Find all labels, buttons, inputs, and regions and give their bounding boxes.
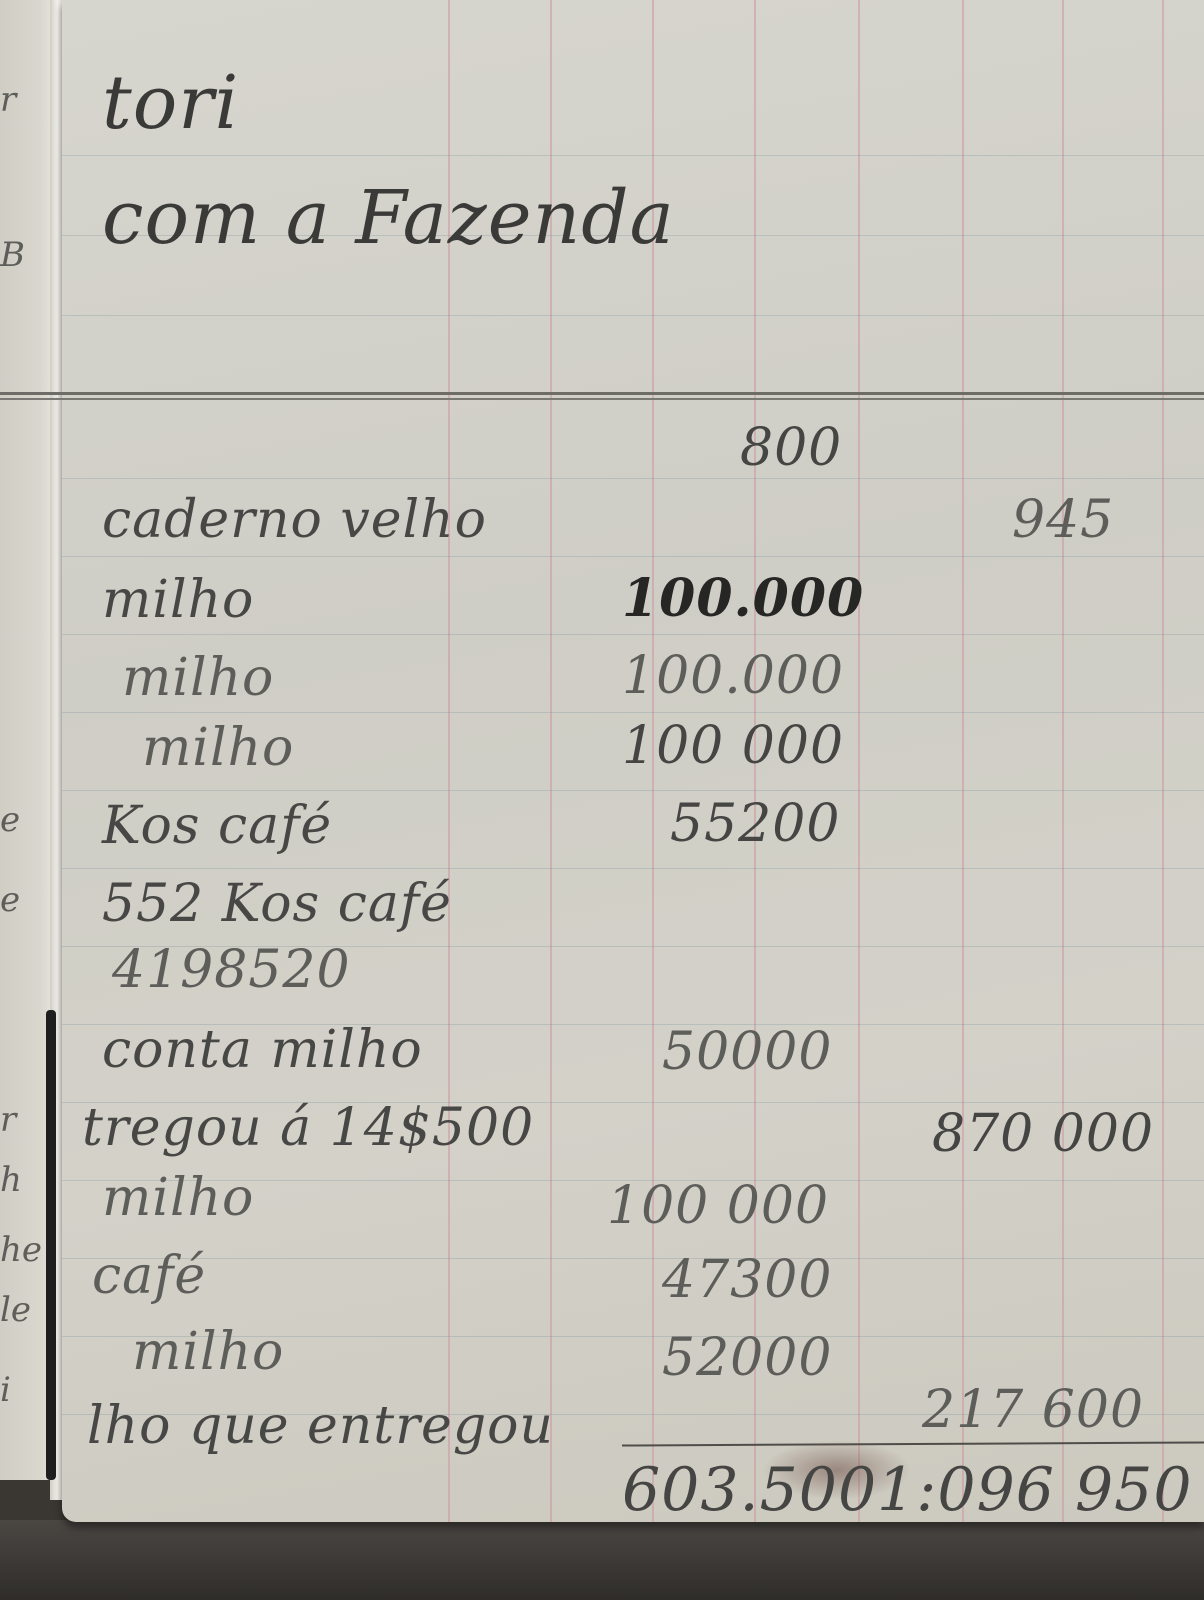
entry-label: milho — [132, 1322, 284, 1382]
previous-page-fragment: e — [0, 800, 20, 840]
entry-label: milho — [122, 648, 274, 708]
entry-total: 945 — [1012, 490, 1114, 550]
ruling-horizontal — [62, 315, 1204, 316]
entry-amount: 100.000 — [622, 568, 864, 629]
entry-label: café — [92, 1246, 206, 1306]
entry-label: lho que entregou — [87, 1396, 554, 1456]
entry-label: Kos café — [102, 796, 332, 856]
ruling-vertical — [1162, 0, 1164, 1522]
ledger-page: tori com a Fazenda 800 caderno velho 945… — [62, 0, 1204, 1522]
total-amount-column: 603.500 — [622, 1455, 877, 1525]
ruling-horizontal — [62, 1258, 1204, 1259]
entry-amount: 800 — [740, 418, 842, 478]
entry-label: milho — [142, 718, 294, 778]
entry-amount: 47300 — [662, 1250, 832, 1310]
previous-page-fragment: r — [0, 80, 16, 120]
entry-label: 552 Kos café — [102, 874, 452, 934]
previous-page-fragment: he — [0, 1230, 42, 1270]
entry-amount: 50000 — [662, 1022, 832, 1082]
entry-label: caderno velho — [102, 490, 487, 550]
ruling-horizontal — [62, 478, 1204, 479]
header-double-rule — [0, 392, 1204, 400]
entry-label: conta milho — [102, 1020, 423, 1080]
entry-amount: 100 000 — [622, 716, 844, 776]
header-line-2: com a Fazenda — [102, 175, 675, 261]
entry-total: 870 000 — [932, 1104, 1154, 1164]
background-surface — [0, 1520, 1204, 1600]
previous-page-fragment: i — [0, 1370, 11, 1410]
entry-label: tregou á 14$500 — [82, 1098, 534, 1158]
previous-page-fragment: e — [0, 880, 20, 920]
ruling-horizontal — [62, 634, 1204, 635]
ruling-horizontal — [62, 712, 1204, 713]
ruling-horizontal — [62, 790, 1204, 791]
entry-label: milho — [102, 570, 254, 630]
previous-page-fragment: B — [0, 235, 25, 275]
ruling-vertical — [858, 0, 860, 1522]
sum-underline — [622, 1441, 1204, 1446]
total-grand-column: 1:096 950 — [877, 1455, 1193, 1525]
entry-amount: 100.000 — [622, 646, 844, 706]
previous-page-fragment: h — [0, 1160, 22, 1200]
header-line-1: tori — [102, 60, 239, 146]
ruling-vertical — [962, 0, 964, 1522]
ruling-horizontal — [62, 155, 1204, 156]
ruling-vertical — [1062, 0, 1064, 1522]
paper-tear — [46, 1010, 56, 1480]
entry-label: 4198520 — [112, 940, 351, 1000]
ruling-horizontal — [62, 556, 1204, 557]
entry-label: milho — [102, 1168, 254, 1228]
ruling-horizontal — [62, 868, 1204, 869]
entry-total: 217 600 — [922, 1380, 1144, 1440]
entry-amount: 55200 — [670, 794, 840, 854]
entry-amount: 52000 — [662, 1328, 832, 1388]
previous-page-fragment: r — [0, 1100, 16, 1140]
previous-page-fragment: le — [0, 1290, 31, 1330]
entry-amount: 100 000 — [607, 1176, 829, 1236]
